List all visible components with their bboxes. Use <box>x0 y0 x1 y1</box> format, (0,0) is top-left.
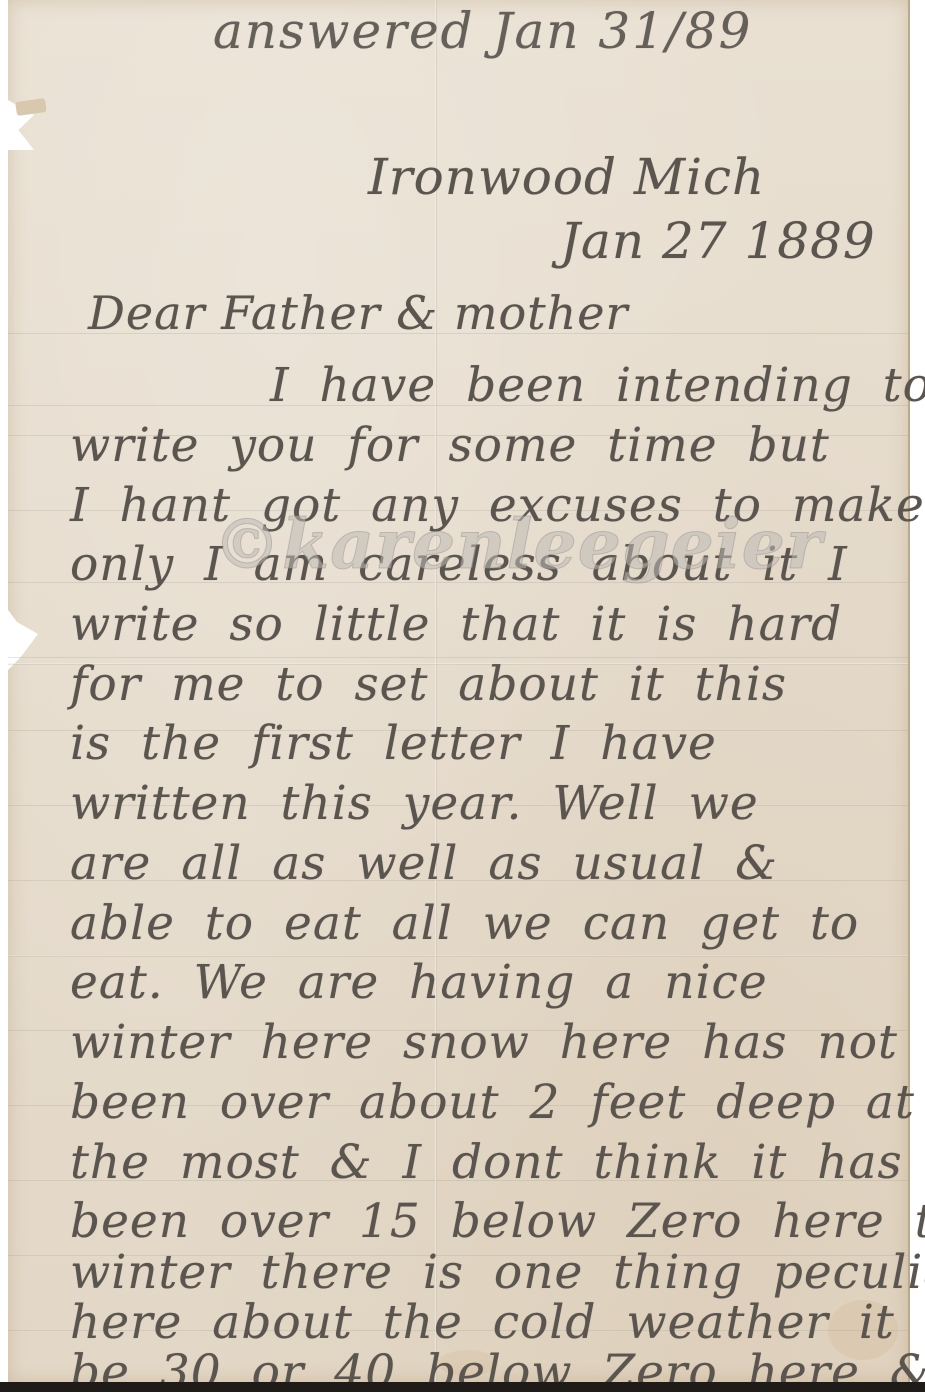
body-line: been over about 2 feet deep at <box>70 1075 915 1130</box>
body-line: I have been intending to <box>270 358 925 413</box>
body-line: been over 15 below Zero here this <box>70 1194 925 1249</box>
body-line: write so little that it is hard <box>70 597 842 652</box>
body-line: for me to set about it this <box>70 657 787 712</box>
body-line: the most & I dont think it has <box>70 1135 903 1190</box>
scan-bottom-border <box>0 1382 925 1392</box>
letter-page: answered Jan 31/89 Ironwood Mich Jan 27 … <box>8 0 910 1384</box>
body-line: here about the cold weather it can <box>70 1295 925 1350</box>
body-line: is the first letter I have <box>70 716 717 771</box>
letter-date: Jan 27 1889 <box>560 212 876 270</box>
torn-edge <box>8 610 38 670</box>
body-line: able to eat all we can get to <box>70 896 859 951</box>
body-line: are all as well as usual & <box>70 836 778 891</box>
folded-corner <box>15 98 47 116</box>
body-line: winter here snow here has not <box>70 1015 898 1070</box>
salutation: Dear Father & mother <box>88 286 629 340</box>
body-line: eat. We are having a nice <box>70 955 768 1010</box>
letter-place: Ironwood Mich <box>368 148 765 206</box>
body-line: I hant got any excuses to make <box>70 478 925 533</box>
answered-annotation: answered Jan 31/89 <box>213 2 753 60</box>
body-line: written this year. Well we <box>70 776 759 831</box>
body-line: only I am careless about it I <box>70 537 848 592</box>
body-line: write you for some time but <box>70 418 830 473</box>
body-line: winter there is one thing peculiar <box>70 1245 925 1300</box>
